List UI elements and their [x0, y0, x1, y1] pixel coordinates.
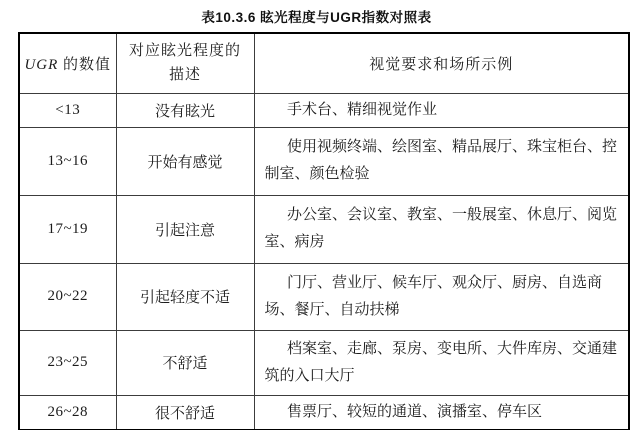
glare-degree-cell: 不舒适: [116, 330, 254, 395]
header-examples: 视觉要求和场所示例: [254, 33, 629, 93]
ugr-abbreviation: UGR: [24, 57, 58, 73]
table-row: 13~16 开始有感觉 使用视频终端、绘图室、精品展厅、珠宝柜台、控制室、颜色检…: [19, 127, 629, 195]
ugr-range-cell: 26~28: [19, 395, 116, 430]
examples-cell: 售票厅、较短的通道、演播室、停车区: [254, 395, 629, 430]
table-row: 17~19 引起注意 办公室、会议室、教室、一般展室、休息厅、阅览室、病房: [19, 195, 629, 263]
examples-cell: 档案室、走廊、泵房、变电所、大件库房、交通建筑的入口大厅: [254, 330, 629, 395]
examples-cell: 手术台、精细视觉作业: [254, 93, 629, 127]
header-glare-description-line2: 描述: [117, 63, 254, 87]
ugr-range-cell: 20~22: [19, 263, 116, 330]
header-ugr-value: UGR 的数值: [19, 33, 116, 93]
table-row: 23~25 不舒适 档案室、走廊、泵房、变电所、大件库房、交通建筑的入口大厅: [19, 330, 629, 395]
examples-cell: 门厅、营业厅、候车厅、观众厅、厨房、自选商场、餐厅、自动扶梯: [254, 263, 629, 330]
ugr-range-cell: 23~25: [19, 330, 116, 395]
document-page: 表10.3.6 眩光程度与UGR指数对照表 UGR 的数值 对应眩光程度的 描述…: [0, 0, 633, 430]
ugr-range-cell: <13: [19, 93, 116, 127]
header-glare-description-line1: 对应眩光程度的: [117, 39, 254, 63]
glare-degree-cell: 开始有感觉: [116, 127, 254, 195]
glare-degree-cell: 引起注意: [116, 195, 254, 263]
ugr-glare-table: UGR 的数值 对应眩光程度的 描述 视觉要求和场所示例 <13 没有眩光 手术…: [18, 32, 630, 430]
examples-cell: 使用视频终端、绘图室、精品展厅、珠宝柜台、控制室、颜色检验: [254, 127, 629, 195]
ugr-range-cell: 17~19: [19, 195, 116, 263]
examples-cell: 办公室、会议室、教室、一般展室、休息厅、阅览室、病房: [254, 195, 629, 263]
glare-degree-cell: 引起轻度不适: [116, 263, 254, 330]
header-glare-description: 对应眩光程度的 描述: [116, 33, 254, 93]
table-row: <13 没有眩光 手术台、精细视觉作业: [19, 93, 629, 127]
glare-degree-cell: 没有眩光: [116, 93, 254, 127]
header-ugr-value-suffix: 的数值: [58, 57, 111, 73]
table-row: 20~22 引起轻度不适 门厅、营业厅、候车厅、观众厅、厨房、自选商场、餐厅、自…: [19, 263, 629, 330]
table-header-row: UGR 的数值 对应眩光程度的 描述 视觉要求和场所示例: [19, 33, 629, 93]
table-row: 26~28 很不舒适 售票厅、较短的通道、演播室、停车区: [19, 395, 629, 430]
table-caption: 表10.3.6 眩光程度与UGR指数对照表: [0, 6, 633, 26]
ugr-range-cell: 13~16: [19, 127, 116, 195]
glare-degree-cell: 很不舒适: [116, 395, 254, 430]
